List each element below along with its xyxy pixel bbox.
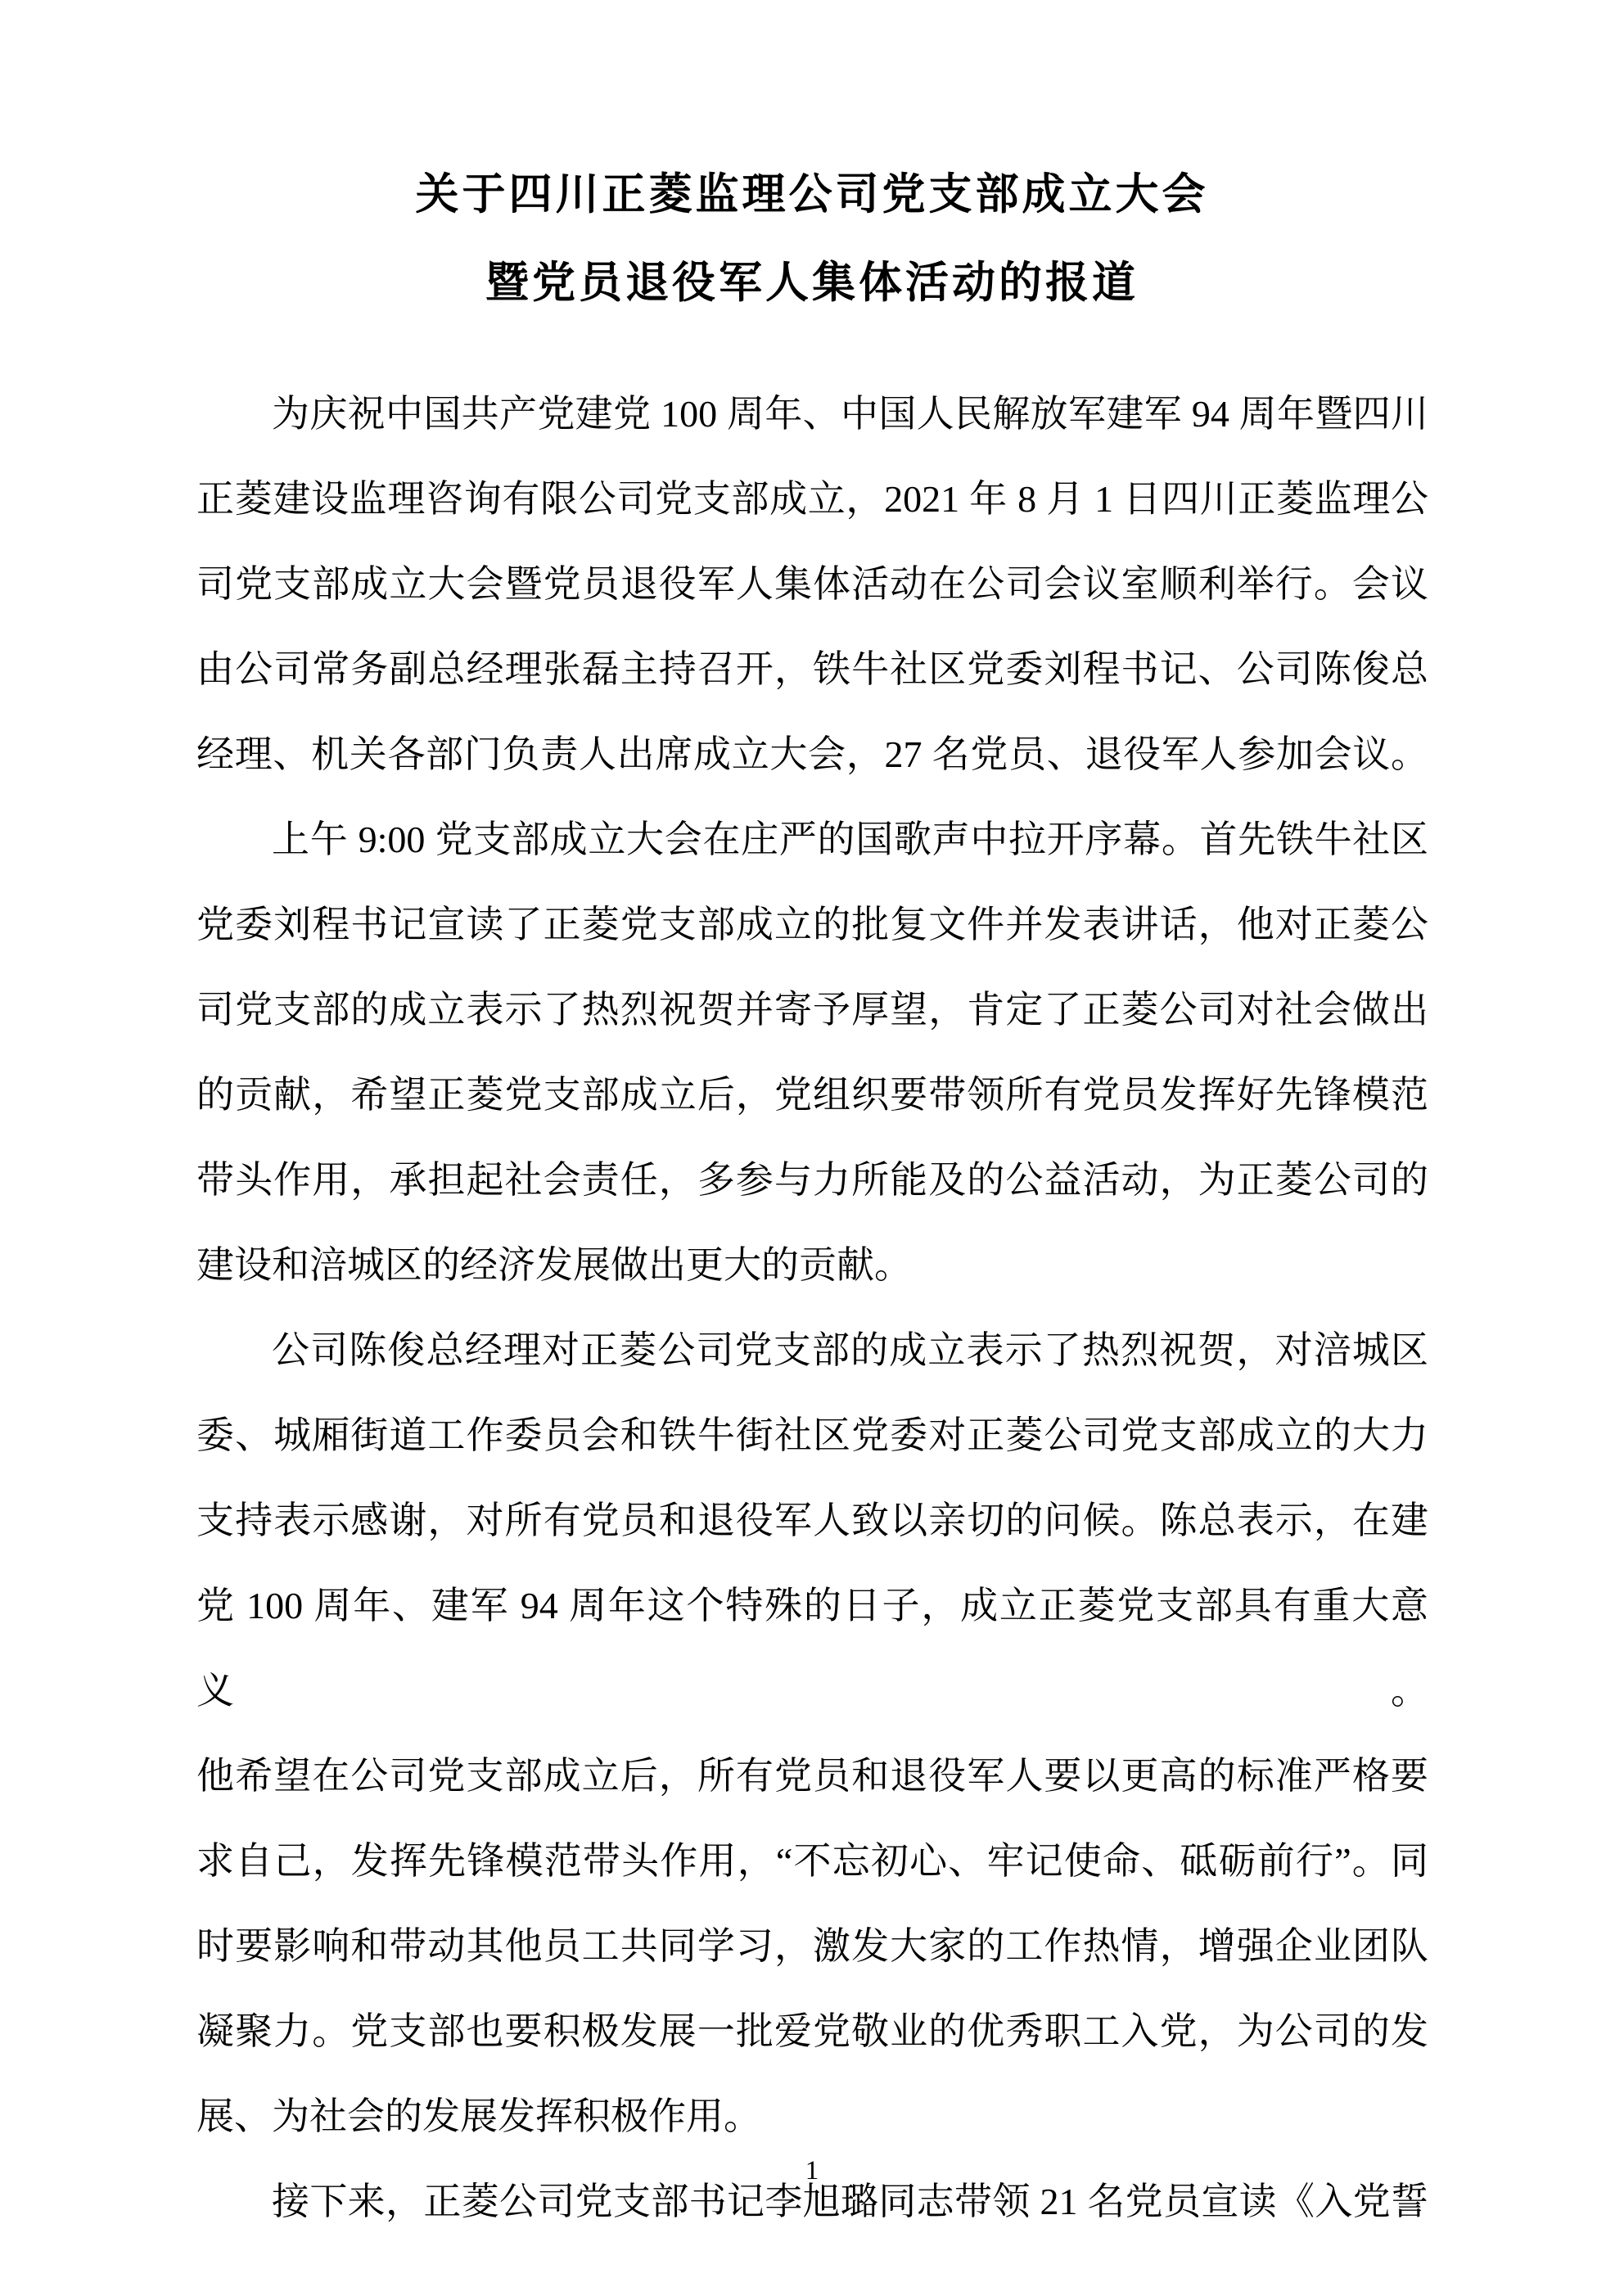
paragraph-line: 带头作用，承担起社会责任，多参与力所能及的公益活动，为正菱公司的: [196, 1138, 1428, 1223]
paragraph-line: 支持表示感谢，对所有党员和退役军人致以亲切的问候。陈总表示，在建: [196, 1478, 1428, 1563]
paragraph-line: 经理、机关各部门负责人出席成立大会，27 名党员、退役军人参加会议。: [196, 712, 1428, 797]
paragraph-line: 党委刘程书记宣读了正菱党支部成立的批复文件并发表讲话，他对正菱公: [196, 882, 1428, 968]
page-number: 1: [805, 2156, 819, 2185]
paragraph-line: 正菱建设监理咨询有限公司党支部成立，2021 年 8 月 1 日四川正菱监理公: [196, 457, 1428, 542]
paragraph-line: 他希望在公司党支部成立后，所有党员和退役军人要以更高的标准严格要: [196, 1734, 1428, 1819]
paragraph-line: 建设和涪城区的经济发展做出更大的贡献。: [196, 1223, 1428, 1308]
paragraph-line: 司党支部成立大会暨党员退役军人集体活动在公司会议室顺利举行。会议: [196, 542, 1428, 627]
paragraph-line: 凝聚力。党支部也要积极发展一批爱党敬业的优秀职工入党，为公司的发: [196, 1989, 1428, 2074]
paragraph-line: 为庆祝中国共产党建党 100 周年、中国人民解放军建军 94 周年暨四川: [196, 372, 1428, 457]
document-body: 为庆祝中国共产党建党 100 周年、中国人民解放军建军 94 周年暨四川 正菱建…: [196, 372, 1428, 2244]
paragraph-line: 时要影响和带动其他员工共同学习，激发大家的工作热情，增强企业团队: [196, 1904, 1428, 1989]
paragraph-line: 公司陈俊总经理对正菱公司党支部的成立表示了热烈祝贺，对涪城区: [196, 1308, 1428, 1393]
page-footer: 1: [0, 2154, 1624, 2187]
paragraph-line: 上午 9:00 党支部成立大会在庄严的国歌声中拉开序幕。首先铁牛社区: [196, 797, 1428, 882]
paragraph-line: 由公司常务副总经理张磊主持召开，铁牛社区党委刘程书记、公司陈俊总: [196, 627, 1428, 712]
paragraph-line: 展、为社会的发展发挥积极作用。: [196, 2074, 1428, 2159]
title-line-2: 暨党员退役军人集体活动的报道: [0, 239, 1624, 327]
paragraph-line: 的贡献，希望正菱党支部成立后，党组织要带领所有党员发挥好先锋模范: [196, 1053, 1428, 1138]
document-title: 关于四川正菱监理公司党支部成立大会 暨党员退役军人集体活动的报道: [0, 0, 1624, 327]
paragraph-line: 求自己，发挥先锋模范带头作用，“不忘初心、牢记使命、砥砺前行”。同: [196, 1819, 1428, 1904]
paragraph-line: 委、城厢街道工作委员会和铁牛街社区党委对正菱公司党支部成立的大力: [196, 1393, 1428, 1478]
paragraph-line: 党 100 周年、建军 94 周年这个特殊的日子，成立正菱党支部具有重大意义。: [196, 1563, 1428, 1734]
title-line-1: 关于四川正菱监理公司党支部成立大会: [0, 151, 1624, 239]
paragraph-line: 司党支部的成立表示了热烈祝贺并寄予厚望，肯定了正菱公司对社会做出: [196, 968, 1428, 1053]
document-page: 关于四川正菱监理公司党支部成立大会 暨党员退役军人集体活动的报道 为庆祝中国共产…: [0, 0, 1624, 2296]
